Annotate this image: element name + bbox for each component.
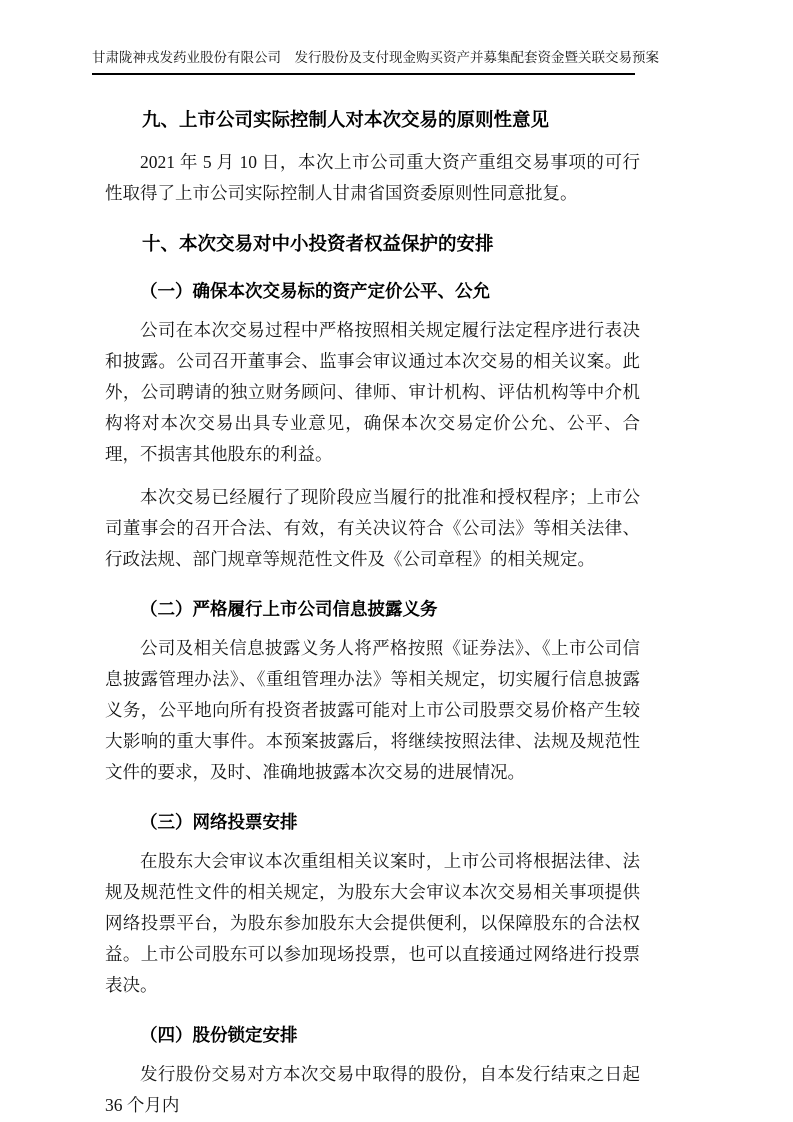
document-page: 甘肃陇神戎发药业股份有限公司 发行股份及支付现金购买资产并募集配套资金暨关联交易… (0, 0, 793, 1122)
subsection-1-heading: （一）确保本次交易标的资产定价公平、公允 (105, 279, 640, 303)
subsection-3-heading: （三）网络投票安排 (105, 810, 640, 834)
page-header: 甘肃陇神戎发药业股份有限公司 发行股份及支付现金购买资产并募集配套资金暨关联交易… (92, 0, 635, 75)
header-running-title: 甘肃陇神戎发药业股份有限公司 发行股份及支付现金购买资产并募集配套资金暨关联交易… (92, 48, 635, 75)
subsection-2-heading: （二）严格履行上市公司信息披露义务 (105, 597, 640, 621)
subsection-3-paragraph: 在股东大会审议本次重组相关议案时，上市公司将根据法律、法规及规范性文件的相关规定… (105, 846, 640, 1001)
section-9-paragraph: 2021 年 5 月 10 日，本次上市公司重大资产重组交易事项的可行性取得了上… (105, 147, 640, 209)
document-body: 九、上市公司实际控制人对本次交易的原则性意见 2021 年 5 月 10 日，本… (105, 107, 640, 1121)
subsection-1-paragraph-2: 本次交易已经履行了现阶段应当履行的批准和授权程序；上市公司董事会的召开合法、有效… (105, 482, 640, 575)
subsection-4-paragraph: 发行股份交易对方本次交易中取得的股份，自本发行结束之日起 36 个月内 (105, 1059, 640, 1121)
subsection-2-paragraph: 公司及相关信息披露义务人将严格按照《证券法》、《上市公司信息披露管理办法》、《重… (105, 633, 640, 788)
section-9-heading: 九、上市公司实际控制人对本次交易的原则性意见 (105, 107, 640, 133)
subsection-1-paragraph-1: 公司在本次交易过程中严格按照相关规定履行法定程序进行表决和披露。公司召开董事会、… (105, 315, 640, 470)
subsection-4-heading: （四）股份锁定安排 (105, 1023, 640, 1047)
section-10-heading: 十、本次交易对中小投资者权益保护的安排 (105, 231, 640, 257)
